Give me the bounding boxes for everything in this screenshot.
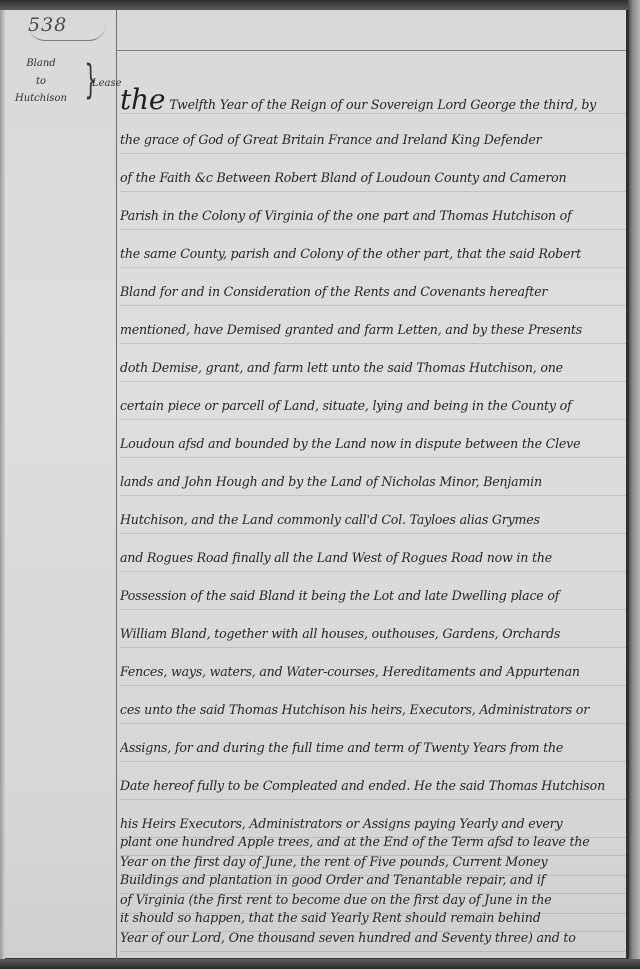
scan-bottom-edge bbox=[0, 959, 640, 969]
header-rule-line bbox=[116, 50, 626, 51]
text-line: Loudoun afsd and bounded by the Land now… bbox=[120, 424, 626, 464]
text-line: Possession of the said Bland it being th… bbox=[120, 576, 626, 616]
text-line: Buildings and plantation in good Order a… bbox=[120, 860, 626, 900]
text-line: William Bland, together with all houses,… bbox=[120, 614, 626, 654]
text-line: Hutchison, and the Land commonly call'd … bbox=[120, 500, 626, 540]
text-line: Assigns, for and during the full time an… bbox=[120, 728, 626, 768]
scan-right-edge bbox=[628, 0, 640, 969]
scan-top-edge bbox=[0, 0, 640, 10]
page-right-border bbox=[626, 10, 629, 960]
margin-rule-line bbox=[116, 10, 117, 960]
initial-word: the bbox=[120, 83, 165, 116]
text-line: certain piece or parcell of Land, situat… bbox=[120, 386, 626, 426]
text-line: the same County, parish and Colony of th… bbox=[120, 234, 626, 274]
text-line: ces unto the said Thomas Hutchison his h… bbox=[120, 690, 626, 730]
page-binding-edge bbox=[0, 10, 5, 960]
text-line: theTwelfth Year of the Reign of our Sove… bbox=[120, 80, 626, 120]
marginal-note-to: to bbox=[8, 76, 74, 87]
text-line: it should so happen, that the said Yearl… bbox=[120, 898, 626, 938]
marginal-note: Bland to Hutchison } Lease bbox=[8, 56, 113, 126]
text-line: mentioned, have Demised granted and farm… bbox=[120, 310, 626, 350]
text-line: the grace of God of Great Britain France… bbox=[120, 120, 626, 160]
text-line: and Rogues Road finally all the Land Wes… bbox=[120, 538, 626, 578]
text-line: plant one hundred Apple trees, and at th… bbox=[120, 822, 626, 862]
marginal-note-grantee: Hutchison bbox=[8, 93, 74, 104]
text-line: lands and John Hough and by the Land of … bbox=[120, 462, 626, 502]
text-line: doth Demise, grant, and farm lett unto t… bbox=[120, 348, 626, 388]
text-line: of the Faith &c Between Robert Bland of … bbox=[120, 158, 626, 198]
marginal-note-doc-type: Lease bbox=[92, 78, 122, 89]
text-line: Parish in the Colony of Virginia of the … bbox=[120, 196, 626, 236]
text-line: Date hereof fully to be Compleated and e… bbox=[120, 766, 626, 806]
marginal-note-grantor: Bland bbox=[8, 58, 74, 69]
text-line: Bland for and in Consideration of the Re… bbox=[120, 272, 626, 312]
page-number-flourish bbox=[28, 24, 106, 41]
text-line: Fences, ways, waters, and Water-courses,… bbox=[120, 652, 626, 692]
